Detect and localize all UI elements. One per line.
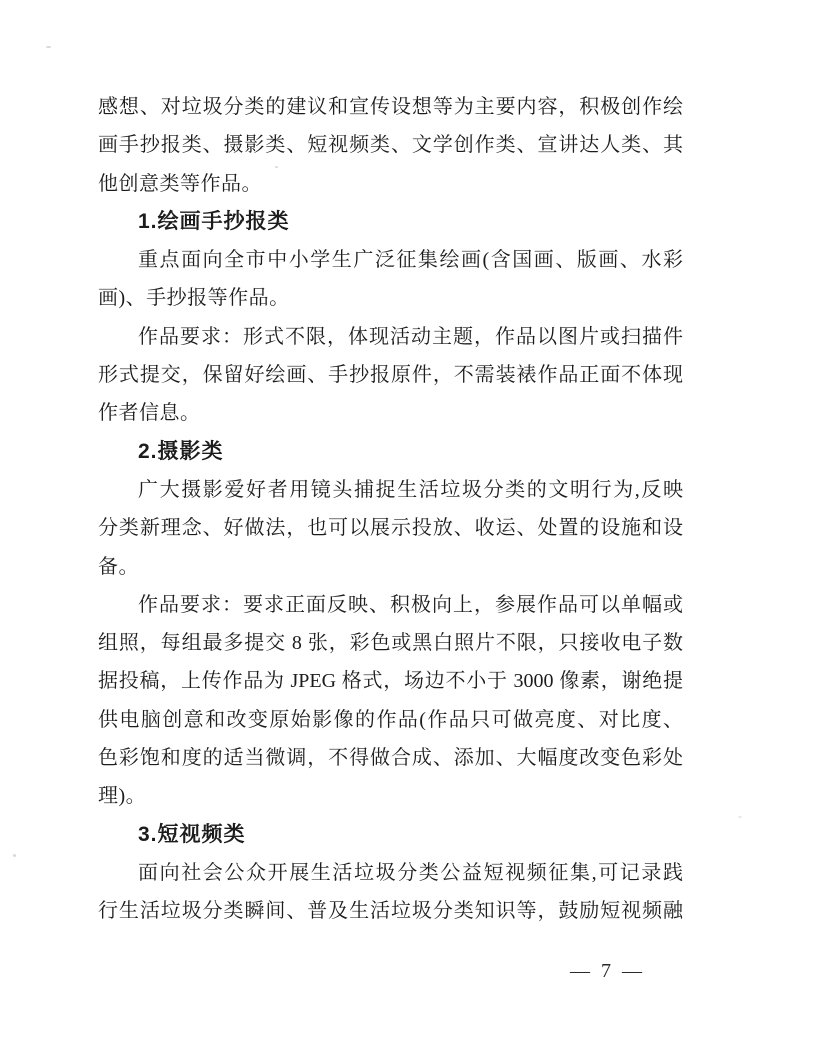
- body-line: 画手抄报类、摄影类、短视频类、文学创作类、宣讲达人类、其: [98, 126, 683, 164]
- body-line: 色彩饱和度的适当微调，不得做合成、添加、大幅度改变色彩处: [98, 739, 683, 777]
- body-line: 理)。: [98, 777, 683, 815]
- body-line: 重点面向全市中小学生广泛征集绘画(含国画、版画、水彩: [98, 241, 683, 279]
- scan-artifact: [46, 46, 51, 48]
- body-line: 面向社会公众开展生活垃圾分类公益短视频征集,可记录践: [98, 854, 683, 892]
- body-line: 备。: [98, 548, 683, 586]
- body-line: 感想、对垃圾分类的建议和宣传设想等为主要内容，积极创作绘: [98, 88, 683, 126]
- body-line: 他创意类等作品。: [98, 165, 683, 203]
- scan-artifact: [13, 854, 16, 857]
- body-line: 组照，每组最多提交 8 张，彩色或黑白照片不限，只接收电子数: [98, 624, 683, 662]
- scan-artifact: [738, 816, 742, 818]
- body-line: 作者信息。: [98, 394, 683, 432]
- body-line: 分类新理念、好做法，也可以展示投放、收运、处置的设施和设: [98, 509, 683, 547]
- page-number-footer: — 7 —: [570, 960, 645, 983]
- body-line: 据投稿，上传作品为 JPEG 格式，场边不小于 3000 像素，谢绝提: [98, 662, 683, 700]
- heading-3-short-video: 3.短视频类: [98, 816, 683, 854]
- body-line: 作品要求：要求正面反映、积极向上，参展作品可以单幅或: [98, 586, 683, 624]
- body-line: 行生活垃圾分类瞬间、普及生活垃圾分类知识等，鼓励短视频融: [98, 892, 683, 930]
- body-line: 画)、手抄报等作品。: [98, 279, 683, 317]
- body-line: 供电脑创意和改变原始影像的作品(作品只可做亮度、对比度、: [98, 701, 683, 739]
- document-body: 感想、对垃圾分类的建议和宣传设想等为主要内容，积极创作绘 画手抄报类、摄影类、短…: [98, 88, 683, 931]
- body-line: 形式提交，保留好绘画、手抄报原件，不需装裱作品正面不体现: [98, 356, 683, 394]
- body-line: 作品要求：形式不限，体现活动主题，作品以图片或扫描件: [98, 318, 683, 356]
- heading-1-drawing: 1.绘画手抄报类: [98, 203, 683, 241]
- body-line: 广大摄影爱好者用镜头捕捉生活垃圾分类的文明行为,反映: [98, 471, 683, 509]
- document-page: 感想、对垃圾分类的建议和宣传设想等为主要内容，积极创作绘 画手抄报类、摄影类、短…: [0, 0, 816, 1056]
- scan-artifact: [275, 166, 278, 168]
- heading-2-photography: 2.摄影类: [98, 433, 683, 471]
